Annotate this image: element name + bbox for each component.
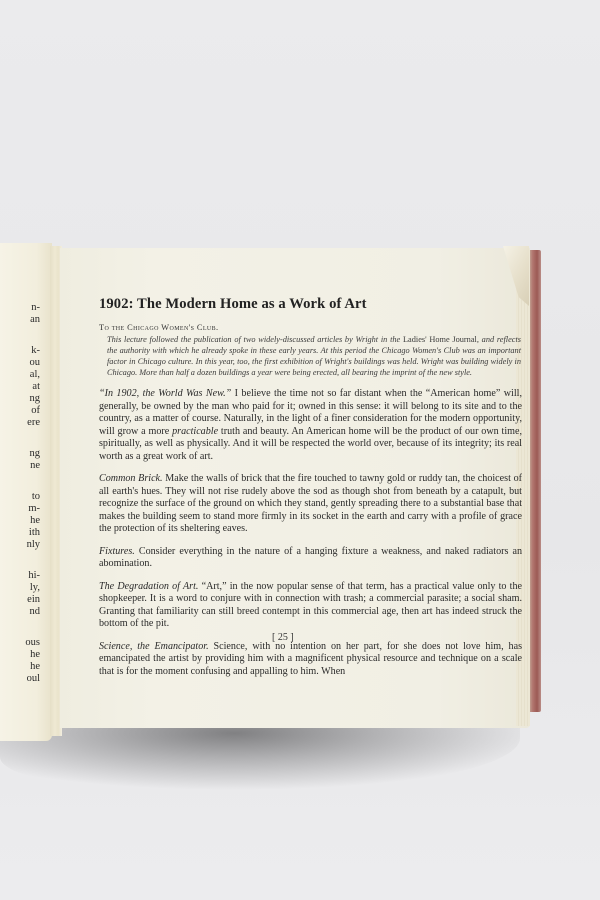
left-page-line-fragment: n- [31,302,40,314]
page-number: [ 25 ] [272,632,294,643]
left-page-line-fragment: nd [30,606,41,618]
intro-note: This lecture followed the publication of… [107,334,521,378]
section-heading: The Degradation of Art. [99,581,198,592]
section-heading: Fixtures. [99,546,135,557]
left-page: n-ank-oual,atngoferengnetom-heithnlyhi-l… [0,243,52,741]
section-heading: “In 1902, the World Was New.” [99,388,231,399]
section-body: Make the walls of brick that the fire to… [99,473,522,534]
left-page-line-fragment: he [30,515,40,527]
left-page-line-fragment: an [30,314,40,326]
intro-text-1: This lecture followed the publication of… [107,335,403,344]
left-page-line-fragment: ng [30,448,41,460]
left-page-line-fragment: m- [28,503,40,515]
section-heading: Common Brick. [99,473,163,484]
section-common-brick: Common Brick. Make the walls of brick th… [99,473,522,536]
left-page-line-fragment: ng [30,393,41,405]
left-page-line-fragment: nly [27,539,40,551]
left-page-line-fragment: ly, [30,582,40,594]
journal-name: Ladies' Home Journal, [403,335,479,344]
left-page-line-fragment: hi- [28,570,40,582]
left-page-line-fragment: al, [30,369,40,381]
left-page-line-fragment: ous [25,637,40,649]
left-page-line-fragment: ne [30,460,40,472]
left-page-line-fragment: ere [27,417,40,429]
left-page-line-fragment: ein [27,594,40,606]
left-page-line-fragment: oul [27,673,40,685]
emphasis-word: practicable [172,426,218,437]
section-body: Consider everything in the nature of a h… [99,546,522,570]
section-fixtures: Fixtures. Consider everything in the nat… [99,546,522,571]
left-page-line-fragment: he [30,649,40,661]
left-page-line-fragment: he [30,661,40,673]
right-page-content: 1902: The Modern Home as a Work of Art T… [99,296,522,688]
section-science-emancipator: Science, the Emancipator. Science, with … [99,641,522,679]
left-page-line-fragment: of [31,405,40,417]
left-page-line-fragment: at [32,381,40,393]
left-page-line-fragment: k- [31,345,40,357]
section-degradation-of-art: The Degradation of Art. “Art,” in the no… [99,581,522,631]
left-page-line-fragment: ith [29,527,40,539]
address-line: To the Chicago Women's Club. [99,323,522,332]
section-heading: Science, the Emancipator. [99,641,209,652]
left-page-line-fragment: to [32,491,40,503]
section-world-was-new: “In 1902, the World Was New.” I believe … [99,388,522,463]
left-page-line-fragment: ou [30,357,41,369]
chapter-title: 1902: The Modern Home as a Work of Art [99,296,522,313]
